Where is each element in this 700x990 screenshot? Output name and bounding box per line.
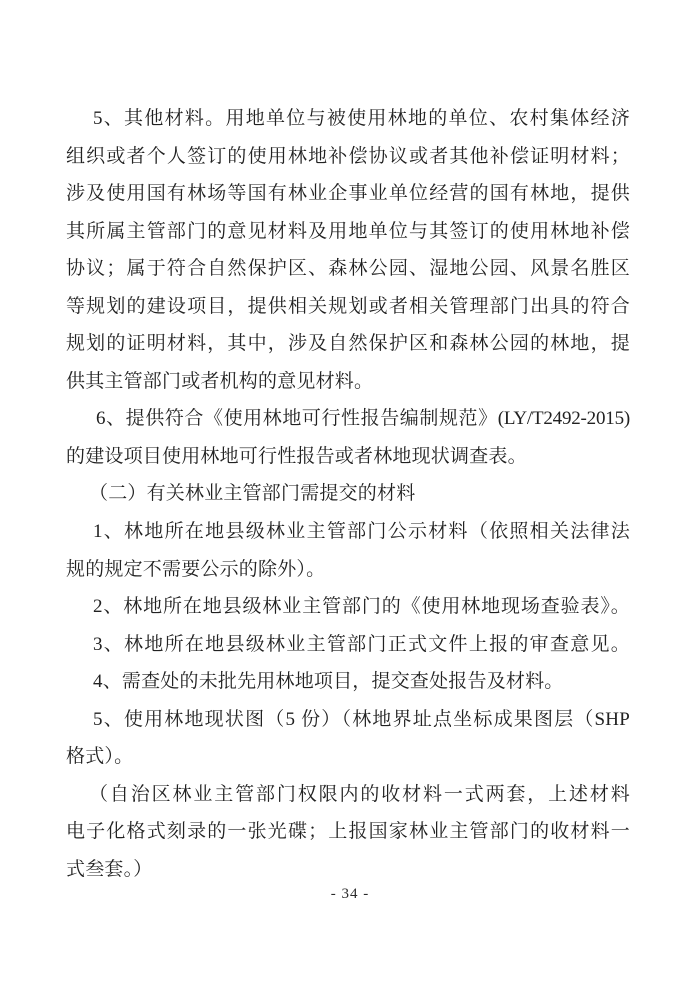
document-line: 5、其他材料。用地单位与被使用林地的单位、农村集体经济 (66, 100, 630, 138)
document-line: 格式）。 (66, 738, 630, 776)
document-line: 的建设项目使用林地可行性报告或者林地现状调查表。 (66, 438, 630, 476)
document-line: 1、林地所在地县级林业主管部门公示材料（依照相关法律法 (66, 513, 630, 551)
document-line: 2、林地所在地县级林业主管部门的《使用林地现场查验表》。 (66, 588, 630, 626)
document-line: 供其主管部门或者机构的意见材料。 (66, 363, 630, 401)
document-line: 式叁套。） (66, 851, 630, 889)
document-page: 5、其他材料。用地单位与被使用林地的单位、农村集体经济 组织或者个人签订的使用林… (0, 0, 700, 990)
document-line: 涉及使用国有林场等国有林业企事业单位经营的国有林地，提供 (66, 175, 630, 213)
document-line: 规划的证明材料，其中，涉及自然保护区和森林公园的林地，提 (66, 325, 630, 363)
section-heading: （二）有关林业主管部门需提交的材料 (66, 475, 630, 513)
document-line: 其所属主管部门的意见材料及用地单位与其签订的使用林地补偿 (66, 213, 630, 251)
document-line: 规的规定不需要公示的除外）。 (66, 551, 630, 589)
document-body: 5、其他材料。用地单位与被使用林地的单位、农村集体经济 组织或者个人签订的使用林… (66, 100, 630, 888)
document-line: 5、使用林地现状图（5 份）（林地界址点坐标成果图层（SHP (66, 701, 630, 739)
document-line: 4、需查处的未批先用林地项目，提交查处报告及材料。 (66, 663, 630, 701)
document-line: 等规划的建设项目，提供相关规划或者相关管理部门出具的符合 (66, 288, 630, 326)
page-number: - 34 - (0, 886, 700, 903)
document-line: 协议；属于符合自然保护区、森林公园、湿地公园、风景名胜区 (66, 250, 630, 288)
document-line: （自治区林业主管部门权限内的收材料一式两套，上述材料 (66, 776, 630, 814)
document-line: 组织或者个人签订的使用林地补偿协议或者其他补偿证明材料； (66, 138, 630, 176)
document-line: 3、林地所在地县级林业主管部门正式文件上报的审查意见。 (66, 626, 630, 664)
document-line: 6、提供符合《使用林地可行性报告编制规范》(LY/T2492-2015) (66, 400, 630, 438)
document-line: 电子化格式刻录的一张光碟；上报国家林业主管部门的收材料一 (66, 813, 630, 851)
